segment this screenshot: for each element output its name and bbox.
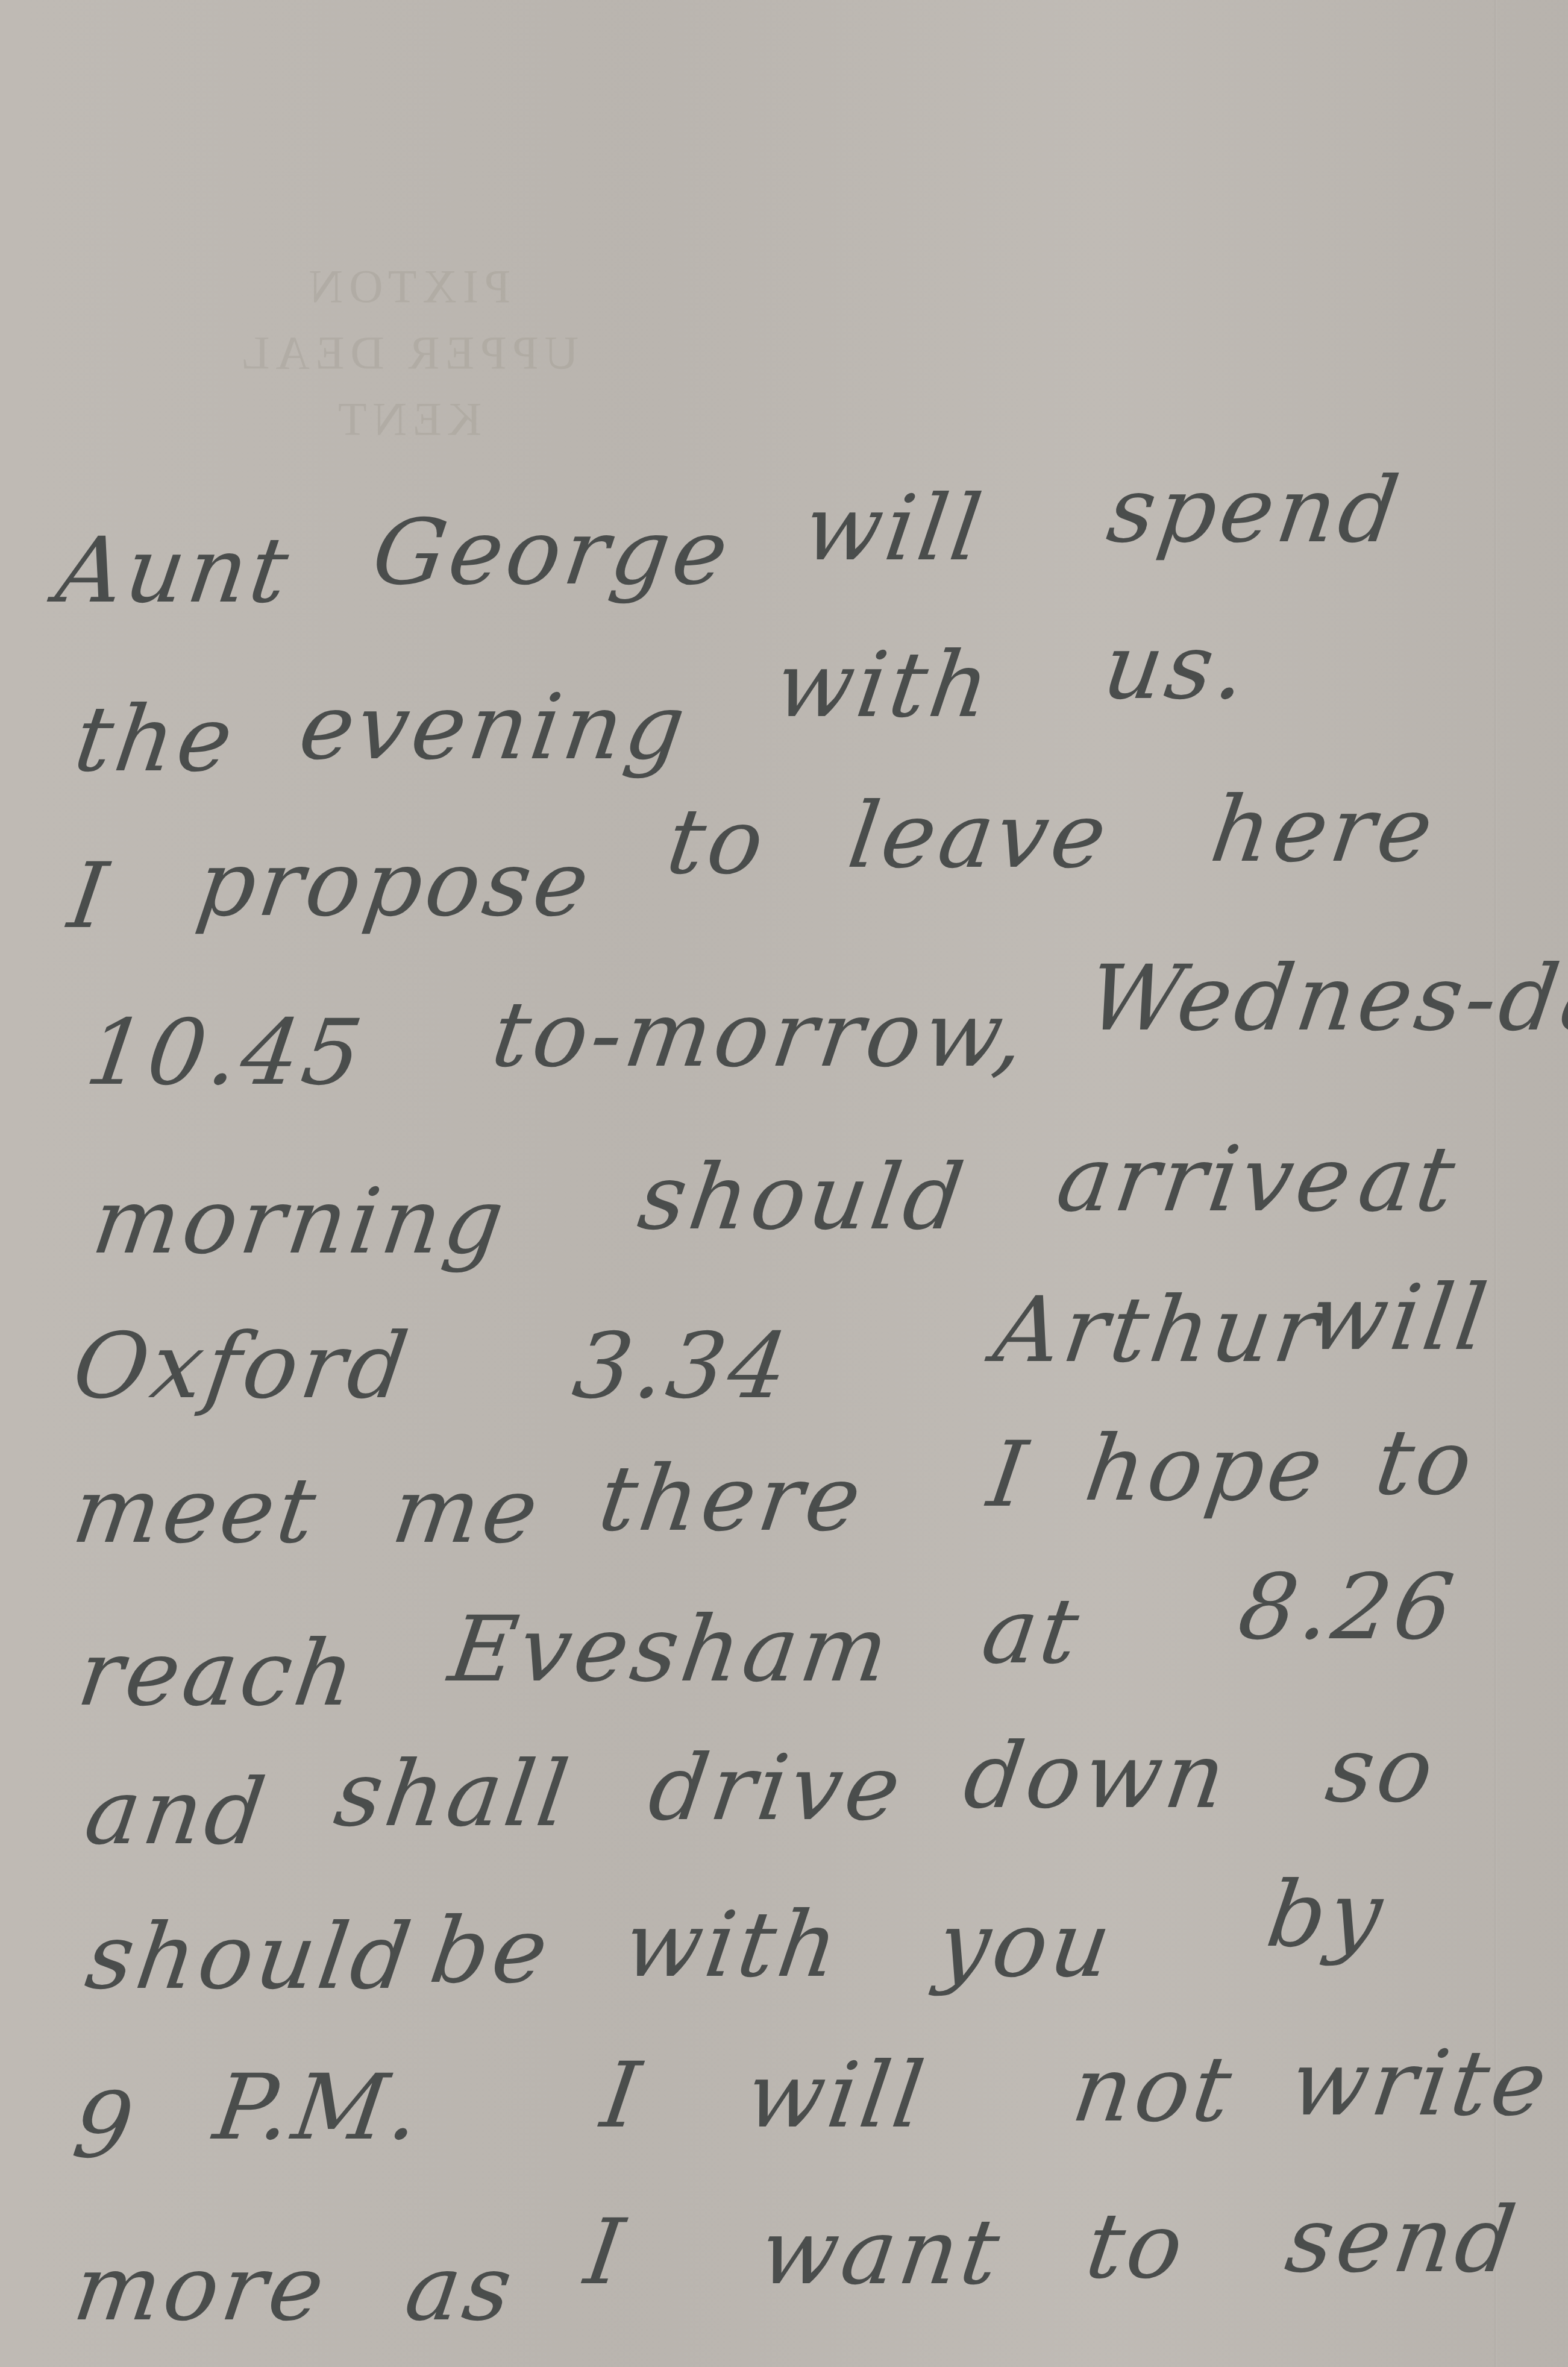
word: will (740, 2043, 933, 2148)
handwriting-line-10: should be with you by (0, 1875, 1568, 1995)
word: evening (293, 675, 695, 780)
word: down (958, 1724, 1235, 1829)
word: 10.45 (80, 1001, 372, 1105)
word: with (618, 1893, 848, 1998)
handwriting-line-9: and shall drive down so (0, 1724, 1568, 1844)
word: will (1303, 1266, 1496, 1371)
word: will (798, 476, 991, 581)
word: meet (67, 1459, 325, 1564)
word: morning (87, 1169, 513, 1274)
word: drive (643, 1736, 911, 1841)
word: I (579, 2200, 633, 2305)
word: with (770, 633, 1000, 738)
word: I (63, 844, 117, 949)
letterhead-line-1: PIXTON (121, 253, 693, 319)
word: P.M. (208, 2055, 430, 2160)
handwriting-line-3: I propose to leave here (0, 820, 1568, 940)
word: me (386, 1459, 547, 1564)
word: reach (72, 1621, 365, 1726)
word: propose (191, 832, 599, 937)
word: 3.34 (567, 1314, 797, 1419)
word: here (1205, 778, 1442, 882)
word: as (400, 2236, 522, 2341)
word: George (366, 500, 738, 605)
word: the (69, 687, 242, 792)
word: to (661, 790, 774, 894)
word: I (595, 2043, 650, 2148)
word: arrive (1051, 1127, 1361, 1232)
word: at (1352, 1127, 1464, 1232)
handwriting-line-2: the evening with us. (0, 663, 1568, 784)
word: Evesham (443, 1597, 898, 1702)
word: Wednes-day (1082, 946, 1568, 1051)
word: more (68, 2236, 334, 2341)
word: spend (1102, 458, 1408, 563)
word: should (80, 1905, 421, 2010)
word: at (976, 1579, 1088, 1684)
handwriting-line-5: morning should arrive at (0, 1145, 1568, 1266)
word: to (1080, 2194, 1193, 2299)
word: Aunt (51, 518, 298, 623)
handwriting-line-8: reach Evesham at 8.26 (0, 1579, 1568, 1700)
word: to (1369, 1410, 1482, 1515)
word: Oxford (67, 1314, 418, 1419)
word: I (982, 1422, 1036, 1527)
word: and (79, 1760, 275, 1865)
word: there (593, 1447, 871, 1551)
handwriting-line-12: more as I want to send (0, 2206, 1568, 2327)
handwriting-line-6: Oxford 3.34 Arthur will (0, 1278, 1568, 1398)
handwriting-line-7: meet me there I hope to (0, 1422, 1568, 1543)
handwriting-line-11: 9 P.M. I will not write (0, 2037, 1568, 2158)
handwriting-line-1: Aunt George will spend (0, 494, 1568, 615)
word: should (633, 1145, 973, 1250)
letterhead-line-2: UPPER DEAL (121, 319, 693, 386)
word: so (1320, 1718, 1443, 1823)
word: by (1261, 1862, 1391, 1967)
letterhead-line-3: KENT (121, 386, 693, 452)
word: us. (1097, 615, 1256, 720)
word: write (1284, 2031, 1557, 2136)
word: send (1280, 2188, 1525, 2293)
letterhead-showthrough: PIXTON UPPER DEAL KENT (121, 253, 693, 452)
word: want (754, 2200, 1009, 2305)
word: 8.26 (1232, 1555, 1463, 1660)
word: shall (328, 1742, 577, 1847)
word: leave (842, 784, 1116, 888)
word: hope (1079, 1416, 1332, 1521)
word: Arthur (988, 1278, 1329, 1383)
handwriting-line-4: 10.45 to-morrow, Wednes-day (0, 970, 1568, 1091)
word: not (1067, 2037, 1241, 2142)
word: you (931, 1893, 1120, 1998)
word: be (424, 1899, 557, 2004)
word: to-morrow, (486, 982, 1035, 1087)
